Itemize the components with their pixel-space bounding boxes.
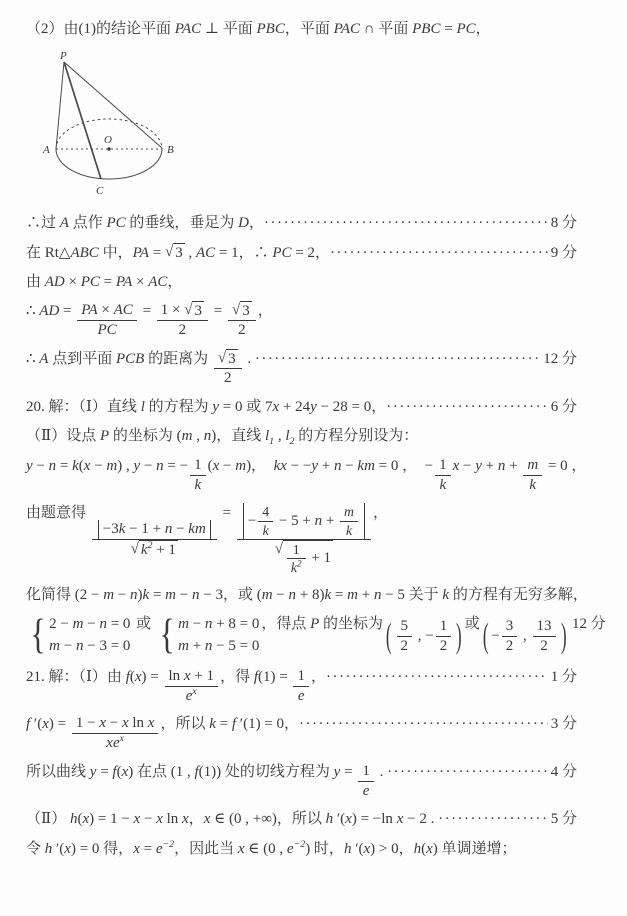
text-run: − 2 . xyxy=(403,809,438,829)
text-run: −3 xyxy=(103,520,119,539)
text-run: ln xyxy=(169,668,184,684)
text-run: 1 xyxy=(440,618,448,634)
math-var: m xyxy=(347,585,358,605)
text-run: = xyxy=(100,272,116,292)
fraction: 1k xyxy=(190,456,206,495)
text-run: − 5 = 0 xyxy=(212,638,259,654)
case-brace: { xyxy=(159,618,174,654)
line-product-relation: 由 AD × PC = PA × AC， xyxy=(26,272,577,292)
case-row: m + n − 5 = 0 xyxy=(178,636,259,658)
math-var: h xyxy=(70,809,78,829)
text-run: ∴过 xyxy=(26,213,60,233)
text-run: 3 xyxy=(242,303,250,319)
text-run: ，得点 xyxy=(261,614,310,634)
math-var-sup: e−2 xyxy=(287,839,305,859)
text-run: = 0 或 7 xyxy=(219,397,272,417)
text-run: 化简得 (2 − xyxy=(26,585,103,605)
math-var: x xyxy=(213,456,220,476)
text-run: ) = −ln xyxy=(352,809,397,829)
fraction: −4k − 5 + n + mk√1k2 + 1 xyxy=(237,503,371,576)
math-var: m xyxy=(235,456,246,476)
math-var: m xyxy=(178,638,189,654)
math-var-sup: k2 xyxy=(141,542,153,558)
denominator: √k2 + 1 xyxy=(92,540,217,559)
text-run: , xyxy=(519,626,530,646)
text-run: 3 xyxy=(228,351,236,367)
text-run: = xyxy=(56,456,72,476)
case-brace: { xyxy=(31,618,46,654)
text-run: = xyxy=(149,585,165,605)
text-run: ，得 xyxy=(220,667,254,687)
math-var: x xyxy=(99,715,106,731)
numerator: 1 × √3 xyxy=(157,301,208,321)
text-run: ∈ (0 , +∞)，所以 xyxy=(210,809,325,829)
text-run: ，平面 xyxy=(285,19,334,39)
numerator: 5 xyxy=(397,617,413,637)
radicand: 1k2 + 1 xyxy=(283,540,333,576)
text-run: 由题意得 xyxy=(26,503,90,523)
solution-document: （2）由(1)的结论平面 PAC ⊥ 平面 PBC，平面 PAC ∩ 平面 PB… xyxy=(0,0,627,916)
fraction: 132 xyxy=(533,617,556,656)
math-var: x xyxy=(148,715,155,731)
text-run: × xyxy=(98,302,114,318)
text-run: 2 − xyxy=(49,616,72,632)
math-var: PA xyxy=(116,272,132,292)
dot-leader: ········································… xyxy=(326,667,548,687)
stretch-paren: ( xyxy=(386,622,392,651)
text-run: ) 单调递增； xyxy=(433,839,517,859)
text-run: + xyxy=(318,456,334,476)
text-run: 的坐标为 ( xyxy=(109,426,182,446)
text-run: − − xyxy=(287,456,311,476)
text-run: , xyxy=(185,243,196,263)
text-run: = − xyxy=(164,456,188,476)
text-run: + xyxy=(358,585,374,605)
text-run: = 0 ， xyxy=(544,456,586,476)
numerator: 1 − x − x ln x xyxy=(72,714,159,734)
text-run: 的坐标为 xyxy=(319,614,383,634)
math-var: PC xyxy=(81,272,100,292)
dot-leader: ········································… xyxy=(386,397,547,417)
text-run: （Ⅱ） xyxy=(26,809,70,829)
math-var: m xyxy=(344,504,354,519)
math-var: k xyxy=(119,520,126,539)
text-run: 在 Rt△ xyxy=(26,243,70,263)
text-run: 3 xyxy=(175,245,183,261)
case-rows: 2 − m − n = 0m − n − 3 = 0 xyxy=(49,614,130,658)
radical-sign: √ xyxy=(131,540,139,558)
text-run: 由 xyxy=(26,272,45,292)
radical-sign: √ xyxy=(218,349,226,367)
radical-sign: √ xyxy=(184,301,192,319)
line-q21-part2-h: （Ⅱ） h(x) = 1 − x − x ln x，x ∈ (0 , +∞)，所… xyxy=(26,809,577,829)
math-var: y xyxy=(134,456,141,476)
text-run: . xyxy=(244,349,255,369)
math-var: y xyxy=(310,397,317,417)
radicand: k2 + 1 xyxy=(139,540,178,559)
math-var: y xyxy=(334,762,341,782)
math-var: kx xyxy=(274,456,287,476)
radicand: 3 xyxy=(240,301,252,320)
math-var: m xyxy=(178,616,189,632)
text-run: 1 − xyxy=(76,715,99,731)
math-var: k xyxy=(442,585,449,605)
text-run: − xyxy=(341,456,357,476)
text-run: . xyxy=(376,762,387,782)
math-var: y xyxy=(311,456,318,476)
text-run: ) = xyxy=(49,714,70,734)
text-run: − 3，或 ( xyxy=(199,585,261,605)
text-run: 中， xyxy=(99,243,133,263)
text-run: = xyxy=(210,301,226,321)
case-row: m − n + 8 = 0 xyxy=(178,614,259,636)
text-run: − xyxy=(219,456,235,476)
denominator: 2 xyxy=(533,637,556,656)
math-var: n xyxy=(156,456,164,476)
fraction: 1 − x − x ln xxex xyxy=(72,714,159,753)
text-run: 2 xyxy=(540,638,548,654)
line-q21-monotonic: 令 h ′(x) = 0 得，x = e−2，因此当 x ∈ (0 , e−2)… xyxy=(26,839,577,859)
text-run: − 3 = 0 xyxy=(83,638,130,654)
math-var: AC xyxy=(114,302,133,318)
math-var: m xyxy=(106,456,117,476)
text-run: ， xyxy=(189,809,204,829)
group-content: −32 , 132 xyxy=(491,617,557,656)
text-run: ∈ (0 , xyxy=(245,839,287,859)
text-run: − xyxy=(273,585,289,605)
line-q20-part2-setup: （Ⅱ）设点 P 的坐标为 (m , n)，直线 l1 , l2 的方程分别设为： xyxy=(26,426,577,447)
math-var: n xyxy=(498,456,506,476)
text-run: (1)) 处的切线方程为 xyxy=(199,762,334,782)
text-run: ′( xyxy=(52,839,64,859)
text-run: ∴ xyxy=(26,349,39,369)
radical: √k2 + 1 xyxy=(131,540,178,559)
numerator: 1 xyxy=(190,456,206,476)
text-run: （2）由(1)的结论平面 xyxy=(26,19,175,39)
absolute-value: −4k − 5 + n + mk xyxy=(243,503,365,538)
math-var: m xyxy=(49,638,60,654)
text-run: + xyxy=(482,456,498,476)
math-var: x xyxy=(106,735,113,751)
text-run: 1 xyxy=(362,763,370,779)
text-run: + 1 xyxy=(191,668,214,684)
text-run: 2 xyxy=(224,370,232,386)
math-var: PC xyxy=(272,243,291,263)
fraction: PA × ACPC xyxy=(77,301,137,340)
text-run: + 8 = 0 xyxy=(212,616,259,632)
math-var: e xyxy=(298,688,305,704)
script: −2 xyxy=(294,839,306,850)
math-var: PC xyxy=(97,322,116,338)
math-var: PBC xyxy=(257,19,285,39)
text-run: − xyxy=(90,456,106,476)
text-run: − xyxy=(60,638,76,654)
denominator: 2 xyxy=(228,321,256,340)
math-var: n xyxy=(192,585,200,605)
text-run: 1 × xyxy=(161,302,184,318)
text-run: = xyxy=(440,19,456,39)
numerator: m xyxy=(523,456,542,476)
radical-sign: √ xyxy=(232,301,240,319)
text-run: = 1，∴ xyxy=(215,243,272,263)
text-run: ′(1) = 0， xyxy=(236,714,299,734)
denominator: ex xyxy=(165,687,219,706)
text-run: ∴ xyxy=(26,301,39,321)
text-run: 1 xyxy=(439,457,447,473)
math-var: AC xyxy=(196,243,215,263)
case-system: {m − n + 8 = 0m + n − 5 = 0 xyxy=(157,614,259,658)
text-run: + 24 xyxy=(279,397,310,417)
math-var: m xyxy=(73,616,84,632)
text-run: 2 xyxy=(401,638,409,654)
numerator: −3k − 1 + n − km xyxy=(92,520,217,540)
script: x xyxy=(120,733,124,744)
paren-group: (−32 , 132) xyxy=(480,617,569,656)
math-var: x xyxy=(122,715,129,731)
math-var: e xyxy=(363,783,370,799)
line-q21-derivative: f ′(x) = 1 − x − x ln xxex，所以 k = f ′(1)… xyxy=(26,714,577,753)
math-var: x xyxy=(42,714,49,734)
stretch-paren: ) xyxy=(560,622,566,651)
denominator: k xyxy=(523,476,542,495)
text-run: − xyxy=(491,626,499,646)
math-var: h xyxy=(45,839,53,859)
radical: √3 xyxy=(232,301,252,320)
denominator: k2 xyxy=(287,559,306,576)
stretch-paren: ( xyxy=(483,622,489,651)
text-run: 的垂线，垂足为 xyxy=(126,213,239,233)
text-run: = 0 ， − xyxy=(375,456,433,476)
text-run: 点作 xyxy=(69,213,107,233)
radical: √3 xyxy=(165,243,185,262)
numerator: 1 xyxy=(358,762,374,782)
base-circle-front-arc xyxy=(56,149,162,179)
fraction: mk xyxy=(340,503,358,538)
score-label: 3 分 xyxy=(548,714,577,734)
text-run: , − xyxy=(414,626,434,646)
numerator: √3 xyxy=(214,349,242,369)
math-var: n xyxy=(165,520,173,539)
math-var: k xyxy=(529,477,536,493)
center-point-O xyxy=(107,148,110,151)
text-run: ，所以 xyxy=(160,714,209,734)
math-var: x xyxy=(204,809,211,829)
line-q21-part1-f1: 21. 解：（Ⅰ）由 f(x) = ln x + 1ex，得 f(1) = 1e… xyxy=(26,667,577,706)
math-var: m xyxy=(527,457,538,473)
absolute-value: −3k − 1 + n − km xyxy=(98,520,211,539)
denominator: e xyxy=(293,687,309,706)
edge-PB xyxy=(64,62,162,148)
label-C: C xyxy=(96,185,104,197)
radical: √1k2 + 1 xyxy=(275,540,333,576)
radicand: 3 xyxy=(192,301,204,320)
fraction: 52 xyxy=(397,617,413,656)
text-run: 2 xyxy=(506,638,514,654)
math-var: k xyxy=(194,477,201,493)
label-O: O xyxy=(104,134,112,146)
case-row: 2 − m − n = 0 xyxy=(49,614,130,636)
math-var: x xyxy=(84,456,91,476)
edge-PC xyxy=(64,62,101,179)
text-run: ln xyxy=(129,715,148,731)
radicand: 3 xyxy=(226,349,238,368)
text-run: + xyxy=(322,512,338,531)
math-var: k xyxy=(143,585,150,605)
math-var: PCB xyxy=(116,349,144,369)
math-var: k xyxy=(324,585,331,605)
intro-lines: （2）由(1)的结论平面 PAC ⊥ 平面 PBC，平面 PAC ∩ 平面 PB… xyxy=(26,19,577,39)
line-q20-condition-equation: 由题意得 −3k − 1 + n − km√k2 + 1 = −4k − 5 +… xyxy=(26,503,577,576)
text-run: − xyxy=(83,616,99,632)
numerator: 3 xyxy=(502,617,518,637)
math-var-sup: e−2 xyxy=(156,839,174,859)
text-run: , xyxy=(274,426,285,446)
text-run: ， xyxy=(167,272,182,292)
text-run: ， xyxy=(373,503,388,523)
radical-sign: √ xyxy=(275,540,283,558)
dot-leader: ········································… xyxy=(299,714,548,734)
text-run: ′( xyxy=(351,839,363,859)
math-var: x xyxy=(426,839,433,859)
text-run: − xyxy=(140,809,156,829)
text-run: + 1 xyxy=(152,542,175,558)
fraction: 1e xyxy=(358,762,374,801)
text-run: )， xyxy=(246,456,274,476)
group-content: 52 , −12 xyxy=(395,617,454,656)
numerator: PA × AC xyxy=(77,301,137,321)
script: x xyxy=(192,686,196,697)
text-run: ′( xyxy=(30,714,42,734)
numerator: −4k − 5 + n + mk xyxy=(237,503,371,539)
math-var: m xyxy=(165,585,176,605)
denominator: k xyxy=(190,476,206,495)
math-var: PAC xyxy=(334,19,360,39)
math-var: h xyxy=(414,839,422,859)
denominator: e xyxy=(358,782,374,801)
denominator: 2 xyxy=(397,637,413,656)
numerator: m xyxy=(340,503,358,521)
text-run: = xyxy=(140,839,156,859)
text-run: − xyxy=(33,456,49,476)
math-var: x xyxy=(122,762,129,782)
edge-PA xyxy=(56,62,64,149)
script: 2 xyxy=(297,558,302,568)
math-var: D xyxy=(238,213,249,233)
math-var: x xyxy=(184,668,191,684)
text-run: − 5 关于 xyxy=(381,585,442,605)
line-ad-computation: ∴ AD = PA × ACPC = 1 × √32 = √32， xyxy=(26,301,577,340)
text-run: ， xyxy=(258,301,273,321)
math-var: x xyxy=(397,809,404,829)
text-run: ， xyxy=(311,667,326,687)
math-var: y xyxy=(475,456,482,476)
text-run: （Ⅱ）设点 xyxy=(26,426,100,446)
text-run: 的距离为 xyxy=(144,349,212,369)
fraction: ln x + 1ex xyxy=(165,667,219,706)
stretch-paren: ) xyxy=(456,622,462,651)
case-system: {2 − m − n = 0m − n − 3 = 0 xyxy=(28,614,130,658)
math-var: x xyxy=(133,839,140,859)
math-var: x xyxy=(134,809,141,829)
script: −2 xyxy=(163,839,175,850)
text-run: ∩ 平面 xyxy=(360,19,412,39)
math-var: x xyxy=(238,839,245,859)
text-run: ， xyxy=(249,213,264,233)
math-var: n xyxy=(99,616,107,632)
dot-leader: ········································… xyxy=(387,762,548,782)
text-run: ) = 1 − xyxy=(89,809,133,829)
text-run: + xyxy=(189,638,205,654)
text-run: 令 xyxy=(26,839,45,859)
text-run: − xyxy=(189,616,205,632)
math-var: k xyxy=(72,456,79,476)
text-run: − xyxy=(106,715,122,731)
text-run: 2 xyxy=(440,638,448,654)
math-var-sub: l2 xyxy=(285,426,294,447)
solution-lines: ∴过 A 点作 PC 的垂线，垂足为 D，···················… xyxy=(26,213,577,859)
math-var: x xyxy=(345,809,352,829)
fraction: 1k2 xyxy=(287,541,306,576)
line-step9-right-triangle: 在 Rt△ABC 中，PA = √3 , AC = 1，∴ PC = 2，···… xyxy=(26,243,577,263)
fraction: mk xyxy=(523,456,542,495)
math-var: x xyxy=(363,839,370,859)
math-var: h xyxy=(344,839,352,859)
text-run: − xyxy=(459,456,475,476)
math-var: PC xyxy=(106,213,125,233)
text-run: (1) = xyxy=(258,667,291,687)
score-label: 6 分 xyxy=(548,397,577,417)
math-var: n xyxy=(374,585,382,605)
score-label: 8 分 xyxy=(548,213,577,233)
label-B: B xyxy=(167,144,174,156)
numerator: 4 xyxy=(258,503,273,521)
math-var: n xyxy=(315,512,323,531)
text-run: ， xyxy=(476,19,491,39)
text-run: = 0 xyxy=(107,616,130,632)
math-var: m xyxy=(103,585,114,605)
fraction: 1e xyxy=(293,667,309,706)
text-run: − xyxy=(248,512,256,531)
text-run: ) 在点 (1 , xyxy=(128,762,194,782)
math-var-sub: l1 xyxy=(265,426,274,447)
score-label: 9 分 xyxy=(548,243,577,263)
text-run: ⊥ 平面 xyxy=(201,19,256,39)
text-run: 的方程分别设为： xyxy=(294,426,418,446)
dot-leader: ········································… xyxy=(438,809,548,829)
text-run: 的方程为 xyxy=(145,397,213,417)
math-var: AD xyxy=(45,272,65,292)
text-run: = xyxy=(331,585,347,605)
dot-leader: ········································… xyxy=(264,213,548,233)
math-var: y xyxy=(26,456,33,476)
math-var: n xyxy=(204,426,212,446)
text-run: 3 xyxy=(194,303,202,319)
cone-figure: P A B O C xyxy=(26,48,577,204)
math-var: x xyxy=(273,397,280,417)
text-run: , xyxy=(192,426,203,446)
denominator: k xyxy=(258,522,273,539)
text-run: = xyxy=(216,714,232,734)
cone-figure-svg: P A B O C xyxy=(40,50,212,202)
math-var: n xyxy=(130,585,138,605)
math-var: A xyxy=(39,349,48,369)
fraction: −3k − 1 + n − km√k2 + 1 xyxy=(92,520,217,559)
text-run: − 1 + xyxy=(125,520,164,539)
text-run: 5 xyxy=(401,618,409,634)
line-q20-line-equations: y − n = k(x − m) , y − n = −1k(x − m)， k… xyxy=(26,456,577,495)
math-var: PBC xyxy=(412,19,440,39)
math-var: k xyxy=(209,714,216,734)
